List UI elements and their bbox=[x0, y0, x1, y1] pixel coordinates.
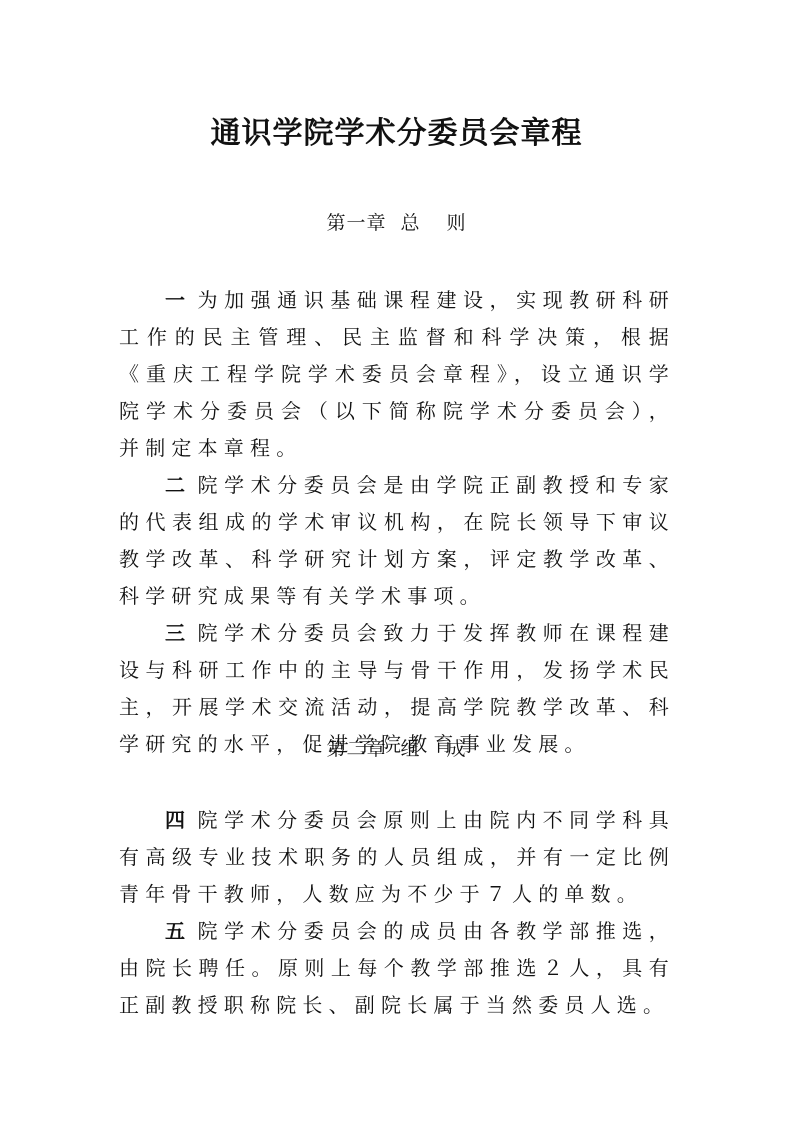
chapter-heading-2: 第二章组成 bbox=[0, 734, 793, 761]
article-text: 院学术分委员会的成员由各教学部推选，由院长聘任。原则上每个教学部推选２人，具有正… bbox=[119, 919, 675, 1017]
chapter-number: 第一章 bbox=[326, 212, 386, 234]
article-number: 二 bbox=[165, 473, 192, 497]
chapter-title-word: 总 bbox=[400, 212, 420, 234]
article-paragraph: 一为加强通识基础课程建设，实现教研科研工作的民主管理、民主监督和科学决策，根据《… bbox=[119, 282, 675, 467]
chapter-title-word: 成 bbox=[447, 738, 467, 760]
article-paragraph: 五院学术分委员会的成员由各教学部推选，由院长聘任。原则上每个教学部推选２人，具有… bbox=[119, 913, 675, 1024]
article-text: 院学术分委员会是由学院正副教授和专家的代表组成的学术审议机构，在院长领导下审议教… bbox=[119, 473, 675, 608]
chapter-title-word: 组 bbox=[400, 738, 420, 760]
document-title: 通识学院学术分委员会章程 bbox=[0, 108, 793, 152]
article-text: 院学术分委员会原则上由院内不同学科具有高级专业技术职务的人员组成，并有一定比例青… bbox=[119, 808, 675, 906]
chapter-1-body: 一为加强通识基础课程建设，实现教研科研工作的民主管理、民主监督和科学决策，根据《… bbox=[119, 282, 675, 763]
chapter-heading-1: 第一章总则 bbox=[0, 208, 793, 235]
chapter-2-body: 四院学术分委员会原则上由院内不同学科具有高级专业技术职务的人员组成，并有一定比例… bbox=[119, 802, 675, 1024]
article-text: 为加强通识基础课程建设，实现教研科研工作的民主管理、民主监督和科学决策，根据《重… bbox=[119, 288, 675, 460]
article-number: 五 bbox=[165, 919, 192, 943]
article-paragraph: 二院学术分委员会是由学院正副教授和专家的代表组成的学术审议机构，在院长领导下审议… bbox=[119, 467, 675, 615]
article-paragraph: 四院学术分委员会原则上由院内不同学科具有高级专业技术职务的人员组成，并有一定比例… bbox=[119, 802, 675, 913]
article-number: 四 bbox=[165, 808, 192, 832]
article-number: 一 bbox=[165, 288, 192, 312]
chapter-number: 第二章 bbox=[326, 738, 386, 760]
document-page: 通识学院学术分委员会章程 第一章总则 一为加强通识基础课程建设，实现教研科研工作… bbox=[0, 0, 793, 1122]
chapter-title-word: 则 bbox=[447, 212, 467, 234]
article-number: 三 bbox=[165, 621, 192, 645]
